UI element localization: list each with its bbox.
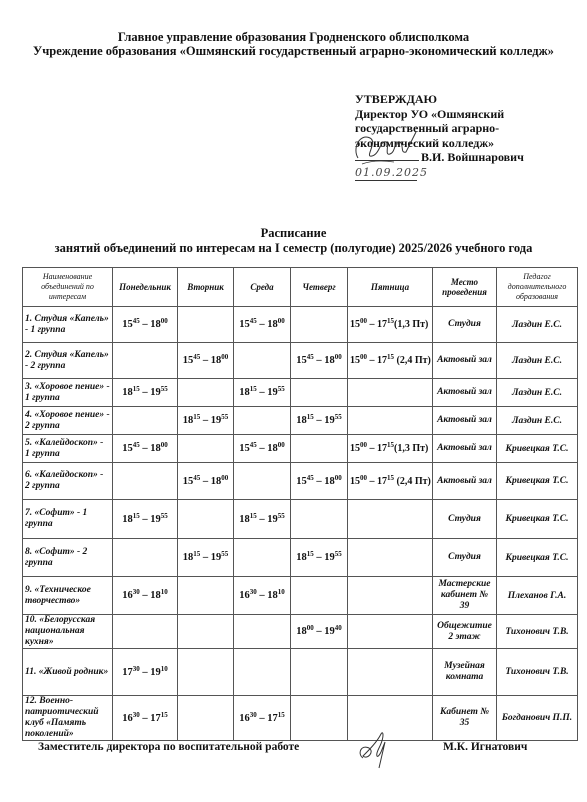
teacher-cell: Тихонович Т.В.: [497, 649, 578, 696]
column-thursday-header: Четверг: [291, 268, 348, 307]
table-row: 4. «Хоровое пение» - 2 группа1815 – 1955…: [23, 407, 578, 435]
time-cell-fri: [348, 379, 433, 407]
time-cell-wed: 1630 – 1810: [234, 577, 291, 615]
time-cell-mon: 1545 – 1800: [113, 435, 178, 463]
time-cell-tue: [178, 649, 234, 696]
time-cell-thu: 1545 – 1800: [291, 343, 348, 379]
table-row: 10. «Белорусская национальная кухня»1800…: [23, 615, 578, 649]
ministry-header: Главное управление образования Гродненск…: [0, 30, 587, 45]
college-header: Учреждение образования «Ошмянский госуда…: [0, 44, 587, 59]
time-cell-mon: [113, 539, 178, 577]
teacher-cell: Плеханов Г.А.: [497, 577, 578, 615]
time-cell-thu: [291, 649, 348, 696]
schedule-table: Наименование объединений по интересамПон…: [22, 267, 578, 741]
group-name: 6. «Калейдоскоп» - 2 группа: [23, 463, 113, 500]
approval-label: УТВЕРЖДАЮ: [355, 92, 524, 107]
time-cell-wed: 1545 – 1800: [234, 435, 291, 463]
time-cell-fri: 1500 – 1715(1,3 Пт): [348, 435, 433, 463]
time-cell-mon: 1630 – 1810: [113, 577, 178, 615]
column-monday-header: Понедельник: [113, 268, 178, 307]
group-name: 12. Военно-патриотический клуб «Память п…: [23, 696, 113, 741]
schedule-title: Расписание: [0, 226, 587, 241]
time-cell-wed: [234, 407, 291, 435]
time-cell-tue: [178, 615, 234, 649]
column-tuesday-header: Вторник: [178, 268, 234, 307]
place-cell: Актовый зал: [433, 379, 497, 407]
group-name: 7. «Софит» - 1 группа: [23, 500, 113, 539]
place-cell: Мастерские кабинет № 39: [433, 577, 497, 615]
time-cell-thu: 1800 – 1940: [291, 615, 348, 649]
time-cell-mon: [113, 343, 178, 379]
time-cell-thu: [291, 696, 348, 741]
place-cell: Актовый зал: [433, 407, 497, 435]
director-signature-icon: [350, 128, 420, 173]
teacher-cell: Тихонович Т.В.: [497, 615, 578, 649]
teacher-cell: Лаздин Е.С.: [497, 307, 578, 343]
time-cell-tue: 1545 – 1800: [178, 463, 234, 500]
teacher-cell: Лаздин Е.С.: [497, 343, 578, 379]
group-name: 4. «Хоровое пение» - 2 группа: [23, 407, 113, 435]
time-cell-fri: [348, 649, 433, 696]
time-cell-wed: [234, 343, 291, 379]
teacher-cell: Лаздин Е.С.: [497, 407, 578, 435]
place-cell: Актовый зал: [433, 343, 497, 379]
time-cell-thu: 1815 – 1955: [291, 539, 348, 577]
column-friday-header: Пятница: [348, 268, 433, 307]
time-cell-mon: [113, 463, 178, 500]
table-row: 2. Студия «Капель» - 2 группа1545 – 1800…: [23, 343, 578, 379]
teacher-cell: Кривецкая Т.С.: [497, 435, 578, 463]
time-cell-mon: [113, 407, 178, 435]
time-cell-thu: [291, 379, 348, 407]
time-cell-tue: [178, 500, 234, 539]
time-cell-mon: 1545 – 1800: [113, 307, 178, 343]
time-cell-tue: [178, 307, 234, 343]
table-row: 3. «Хоровое пение» - 1 группа1815 – 1955…: [23, 379, 578, 407]
time-cell-tue: 1545 – 1800: [178, 343, 234, 379]
time-cell-fri: [348, 539, 433, 577]
schedule-subtitle: занятий объединений по интересам на I се…: [0, 241, 587, 256]
teacher-cell: Кривецкая Т.С.: [497, 463, 578, 500]
approval-position-line1: Директор УО «Ошмянский: [355, 107, 524, 122]
teacher-cell: Кривецкая Т.С.: [497, 500, 578, 539]
time-cell-fri: 1500 – 1715 (2,4 Пт): [348, 463, 433, 500]
time-cell-tue: [178, 379, 234, 407]
time-cell-fri: 1500 – 1715 (2,4 Пт): [348, 343, 433, 379]
table-row: 9. «Техническое творчество»1630 – 181016…: [23, 577, 578, 615]
time-cell-mon: 1815 – 1955: [113, 500, 178, 539]
table-row: 1. Студия «Капель» - 1 группа1545 – 1800…: [23, 307, 578, 343]
time-cell-tue: [178, 696, 234, 741]
time-cell-fri: [348, 577, 433, 615]
table-row: 11. «Живой родник»1730 – 1910Музейная ко…: [23, 649, 578, 696]
place-cell: Студия: [433, 307, 497, 343]
time-cell-mon: 1815 – 1955: [113, 379, 178, 407]
teacher-cell: Кривецкая Т.С.: [497, 539, 578, 577]
time-cell-thu: 1545 – 1800: [291, 463, 348, 500]
time-cell-wed: [234, 615, 291, 649]
time-cell-thu: [291, 435, 348, 463]
column-teacher-header: Педагог дополнительного образования: [497, 268, 578, 307]
column-wednesday-header: Среда: [234, 268, 291, 307]
place-cell: Общежитие 2 этаж: [433, 615, 497, 649]
table-row: 8. «Софит» - 2 группа1815 – 19551815 – 1…: [23, 539, 578, 577]
time-cell-mon: 1630 – 1715: [113, 696, 178, 741]
time-cell-wed: 1815 – 1955: [234, 379, 291, 407]
time-cell-fri: [348, 500, 433, 539]
time-cell-wed: 1545 – 1800: [234, 307, 291, 343]
director-name: В.И. Войшнарович: [421, 150, 524, 164]
time-cell-tue: 1815 – 1955: [178, 539, 234, 577]
time-cell-fri: [348, 407, 433, 435]
time-cell-thu: 1815 – 1955: [291, 407, 348, 435]
group-name: 2. Студия «Капель» - 2 группа: [23, 343, 113, 379]
deputy-signature-icon: [355, 730, 395, 770]
time-cell-wed: [234, 539, 291, 577]
group-name: 9. «Техническое творчество»: [23, 577, 113, 615]
table-header-row: Наименование объединений по интересамПон…: [23, 268, 578, 307]
place-cell: Актовый зал: [433, 435, 497, 463]
time-cell-tue: [178, 435, 234, 463]
place-cell: Актовый зал: [433, 463, 497, 500]
time-cell-tue: 1815 – 1955: [178, 407, 234, 435]
time-cell-thu: [291, 577, 348, 615]
group-name: 11. «Живой родник»: [23, 649, 113, 696]
time-cell-mon: [113, 615, 178, 649]
table-row: 5. «Калейдоскоп» - 1 группа1545 – 180015…: [23, 435, 578, 463]
time-cell-wed: 1630 – 1715: [234, 696, 291, 741]
time-cell-tue: [178, 577, 234, 615]
place-cell: Кабинет № 35: [433, 696, 497, 741]
footer-position: Заместитель директора по воспитательной …: [38, 741, 299, 753]
table-row: 12. Военно-патриотический клуб «Память п…: [23, 696, 578, 741]
time-cell-thu: [291, 307, 348, 343]
group-name: 1. Студия «Капель» - 1 группа: [23, 307, 113, 343]
time-cell-thu: [291, 500, 348, 539]
group-name: 3. «Хоровое пение» - 1 группа: [23, 379, 113, 407]
teacher-cell: Лаздин Е.С.: [497, 379, 578, 407]
group-name: 8. «Софит» - 2 группа: [23, 539, 113, 577]
column-place-header: Место проведения: [433, 268, 497, 307]
table-row: 6. «Калейдоскоп» - 2 группа1545 – 180015…: [23, 463, 578, 500]
time-cell-wed: [234, 463, 291, 500]
column-name-header: Наименование объединений по интересам: [23, 268, 113, 307]
place-cell: Студия: [433, 500, 497, 539]
table-row: 7. «Софит» - 1 группа1815 – 19551815 – 1…: [23, 500, 578, 539]
footer-signatory-name: М.К. Игнатович: [443, 741, 527, 753]
place-cell: Студия: [433, 539, 497, 577]
group-name: 5. «Калейдоскоп» - 1 группа: [23, 435, 113, 463]
time-cell-fri: 1500 – 1715(1,3 Пт): [348, 307, 433, 343]
time-cell-mon: 1730 – 1910: [113, 649, 178, 696]
time-cell-fri: [348, 615, 433, 649]
group-name: 10. «Белорусская национальная кухня»: [23, 615, 113, 649]
teacher-cell: Богданович П.П.: [497, 696, 578, 741]
time-cell-wed: [234, 649, 291, 696]
time-cell-wed: 1815 – 1955: [234, 500, 291, 539]
place-cell: Музейная комната: [433, 649, 497, 696]
